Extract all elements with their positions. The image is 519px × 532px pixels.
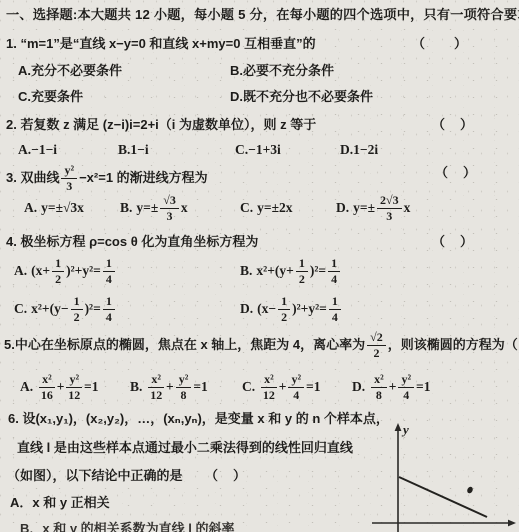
- q3-option-d-den: 3: [386, 209, 392, 223]
- q3-option-b-fraction: √3 3: [160, 194, 179, 222]
- q2-answer-paren: （ ）: [432, 117, 474, 133]
- q4-option-c-part2: )²=: [85, 301, 101, 317]
- q5-option-c-frac2: y²4: [288, 373, 304, 401]
- y-axis-label: y: [403, 422, 409, 438]
- q6-option-a: A．x 和 y 正相关: [10, 495, 110, 511]
- q3-option-d-num: 2√3: [377, 194, 402, 209]
- q4-option-a-d1: 2: [55, 272, 61, 286]
- q6-answer-paren: （ ）: [205, 468, 247, 484]
- q5-option-a-n1: x²: [39, 373, 55, 388]
- q5-option-c-d1: 12: [263, 388, 275, 402]
- q5-option-a-eq: =1: [84, 379, 98, 395]
- q3-stem-fraction: y² 3: [61, 164, 77, 192]
- q4-option-d-n2: 1: [329, 295, 341, 310]
- q5-stem-den: 2: [373, 346, 379, 360]
- y-axis-arrow-icon: [395, 423, 402, 431]
- q3-option-b-pre: y=±: [136, 200, 158, 216]
- q5-option-b-frac2: y²8: [176, 373, 192, 401]
- q5-option-c-n2: y²: [288, 373, 304, 388]
- q5-option-a-d1: 16: [41, 388, 53, 402]
- q4-option-b-d1: 2: [299, 272, 305, 286]
- q4-option-d-d2: 4: [332, 310, 338, 324]
- q5-option-c-n1: x²: [261, 373, 277, 388]
- q4-option-d-frac1: 12: [278, 295, 290, 323]
- q5-option-b-d1: 12: [150, 388, 162, 402]
- q5-option-d-d1: 8: [376, 388, 382, 402]
- q4-option-b-part1: x²+(y+: [256, 263, 293, 279]
- q4-option-c-part1: x²+(y−: [31, 301, 68, 317]
- q3-answer-paren: （ ）: [435, 165, 477, 181]
- q2-option-b: B.1−i: [118, 142, 149, 158]
- q5-option-a-d2: 12: [68, 388, 80, 402]
- q1-option-d: D.既不充分也不必要条件: [230, 89, 373, 105]
- q5-option-b-d2: 8: [181, 388, 187, 402]
- q4-option-d-d1: 2: [281, 310, 287, 324]
- q5-option-b-label: B.: [130, 379, 142, 395]
- exam-page: 一、选择题:本大题共 12 小题，每小题 5 分，在每小题的四个选项中，只有一项…: [0, 0, 519, 532]
- q3-stem-pre: 3. 双曲线: [6, 170, 59, 186]
- q3-option-c-text: y=±2x: [257, 200, 292, 216]
- q5-option-a-n2: y²: [66, 373, 82, 388]
- q4-option-a-part2: )²+y²=: [66, 263, 101, 279]
- q1-answer-paren: （ ）: [412, 36, 468, 52]
- q5-option-c-label: C.: [242, 379, 255, 395]
- q3-option-a-label: A.: [24, 200, 37, 216]
- q4-option-b-n1: 1: [296, 257, 308, 272]
- q5-stem-num: √2: [367, 331, 386, 346]
- q3-option-b-post: x: [181, 200, 188, 216]
- q5-stem-fraction: √22: [367, 331, 386, 359]
- q4-option-b-n2: 1: [328, 257, 340, 272]
- x-axis-arrow-icon: [508, 520, 516, 527]
- q4-option-a-part1: (x+: [31, 263, 50, 279]
- q4-option-a-label: A.: [14, 263, 27, 279]
- q3-option-b: B. y=± √3 3 x: [120, 190, 188, 226]
- q4-option-c-n1: 1: [71, 295, 83, 310]
- q5-option-c: C. x²12 + y²4 =1: [242, 369, 321, 405]
- q5-option-d-d2: 4: [403, 388, 409, 402]
- q4-option-d-n1: 1: [278, 295, 290, 310]
- q4-option-d-frac2: 14: [329, 295, 341, 323]
- q2-stem: 2. 若复数 z 满足 (z−i)i=2+i（i 为虚数单位），则 z 等于: [6, 117, 316, 133]
- q5-option-b: B. x²12 + y²8 =1: [130, 369, 208, 405]
- q4-option-b-frac2: 14: [328, 257, 340, 285]
- q4-option-c-d2: 4: [106, 310, 112, 324]
- q5-option-b-eq: =1: [193, 379, 207, 395]
- q3-option-d-fraction: 2√3 3: [377, 194, 402, 222]
- regression-diagram: [368, 420, 518, 532]
- q3-stem-fraction-num: y²: [61, 164, 77, 179]
- line-label-mark: [466, 486, 474, 494]
- q1-stem: 1. “m=1”是“直线 x−y=0 和直线 x+my=0 互相垂直”的: [6, 36, 316, 52]
- q4-option-d-part1: (x−: [257, 301, 276, 317]
- q5-option-d-frac1: x²8: [371, 373, 387, 401]
- q5-option-a-label: A.: [20, 379, 33, 395]
- q5-option-d-n2: y²: [398, 373, 414, 388]
- q5-answer-paren: （ ）: [505, 337, 519, 353]
- q4-option-c-d1: 2: [74, 310, 80, 324]
- q3-option-d-post: x: [404, 200, 411, 216]
- q4-option-d-label: D.: [240, 301, 253, 317]
- q4-option-c-n2: 1: [103, 295, 115, 310]
- q5-option-b-frac1: x²12: [148, 373, 164, 401]
- q5-option-a-plus: +: [57, 379, 65, 395]
- q5-option-a: A. x²16 + y²12 =1: [20, 369, 99, 405]
- q6-stem-line1: 6. 设(x₁,y₁)，(x₂,y₂)，…，(xₙ,yₙ)，是变量 x 和 y …: [8, 411, 389, 427]
- q5-option-d-eq: =1: [416, 379, 430, 395]
- q3-option-c-label: C.: [240, 200, 253, 216]
- q2-option-c: C.−1+3i: [235, 142, 281, 158]
- q6-stem-line2: 直线 l 是由这些样本点通过最小二乘法得到的线性回归直线: [17, 440, 353, 456]
- q4-option-b: B. x²+(y+ 12 )²= 14: [240, 253, 342, 289]
- q4-option-b-frac1: 12: [296, 257, 308, 285]
- q5-option-d: D. x²8 + y²4 =1: [352, 369, 431, 405]
- q3-option-d-pre: y=±: [353, 200, 375, 216]
- q4-option-a-frac1: 12: [52, 257, 64, 285]
- q5-stem: 5.中心在坐标原点的椭圆，焦点在 x 轴上，焦距为 4，离心率为 √22 ，则该…: [4, 327, 519, 363]
- q5-stem-post: ，则该椭圆的方程为: [388, 337, 505, 353]
- q3-stem-post: −x²=1 的渐进线方程为: [79, 170, 208, 186]
- q5-option-d-frac2: y²4: [398, 373, 414, 401]
- q4-option-a-n2: 1: [103, 257, 115, 272]
- q3-option-c: C. y=±2x: [240, 190, 292, 226]
- q5-option-b-n2: y²: [176, 373, 192, 388]
- q5-option-d-plus: +: [389, 379, 397, 395]
- q1-option-c: C.充要条件: [18, 89, 83, 105]
- q5-option-c-plus: +: [279, 379, 287, 395]
- q4-option-b-part2: )²=: [310, 263, 326, 279]
- q4-option-c-frac1: 12: [71, 295, 83, 323]
- q5-option-a-frac2: y²12: [66, 373, 82, 401]
- q3-option-b-num: √3: [160, 194, 179, 209]
- q5-option-a-frac1: x²16: [39, 373, 55, 401]
- q1-option-a: A.充分不必要条件: [18, 63, 122, 79]
- q1-option-b: B.必要不充分条件: [230, 63, 334, 79]
- q5-option-b-n1: x²: [148, 373, 164, 388]
- q3-option-a: A. y=±√3x: [24, 190, 84, 226]
- q4-option-c: C. x²+(y− 12 )²= 14: [14, 291, 117, 327]
- q4-option-c-frac2: 14: [103, 295, 115, 323]
- q3-option-b-den: 3: [167, 209, 173, 223]
- q2-option-d: D.1−2i: [340, 142, 378, 158]
- q5-stem-pre: 5.中心在坐标原点的椭圆，焦点在 x 轴上，焦距为 4，离心率为: [4, 337, 365, 353]
- q4-option-a-n1: 1: [52, 257, 64, 272]
- q4-option-a-frac2: 14: [103, 257, 115, 285]
- q5-option-b-plus: +: [166, 379, 174, 395]
- q4-option-a: A. (x+ 12 )²+y²= 14: [14, 253, 117, 289]
- q3-option-a-text: y=±√3x: [41, 200, 84, 216]
- q4-option-b-d2: 4: [331, 272, 337, 286]
- q4-option-c-label: C.: [14, 301, 27, 317]
- q3-option-b-label: B.: [120, 200, 132, 216]
- q2-option-a: A.−1−i: [18, 142, 57, 158]
- q5-option-c-frac1: x²12: [261, 373, 277, 401]
- q4-stem: 4. 极坐标方程 ρ=cos θ 化为直角坐标方程为: [6, 234, 258, 250]
- q4-option-a-d2: 4: [106, 272, 112, 286]
- q5-option-d-n1: x²: [371, 373, 387, 388]
- q6-stem-line3: （如图），以下结论中正确的是: [7, 468, 183, 484]
- q4-option-d: D. (x− 12 )²+y²= 14: [240, 291, 343, 327]
- q3-option-d: D. y=± 2√3 3 x: [336, 190, 410, 226]
- q6-option-b-clipped: B．x 和 y 的相关系数为直线 l 的斜率: [20, 521, 330, 532]
- q4-option-b-label: B.: [240, 263, 252, 279]
- q4-answer-paren: （ ）: [432, 234, 474, 250]
- section-header: 一、选择题:本大题共 12 小题，每小题 5 分，在每小题的四个选项中，只有一项…: [6, 7, 519, 23]
- regression-line: [399, 477, 487, 517]
- q3-option-d-label: D.: [336, 200, 349, 216]
- q5-option-c-eq: =1: [306, 379, 320, 395]
- q4-option-d-part2: )²+y²=: [292, 301, 327, 317]
- q5-option-c-d2: 4: [293, 388, 299, 402]
- q5-option-d-label: D.: [352, 379, 365, 395]
